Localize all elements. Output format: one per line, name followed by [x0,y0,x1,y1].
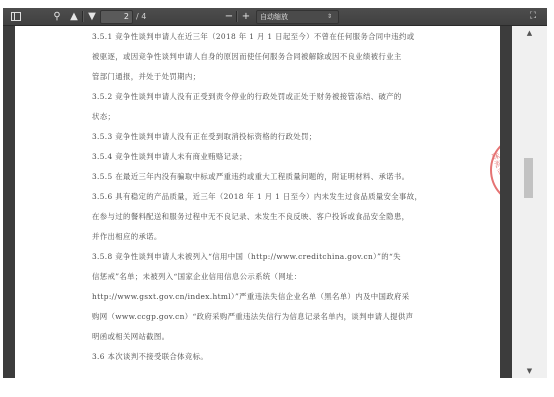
pdf-viewer: ⚲ ▲ ▼ 2 / 4 − + 自动缩放 ⇕ ⛶ 3.5.1 竞争性谈判申请人在… [3,8,547,378]
vertical-scrollbar[interactable]: ▲ ▼ [512,26,547,378]
document-line: 明函或相关网站截图。 [92,331,169,342]
document-line: 3.5.8 竞争性谈判申请人未被列入“信用中国（http://www.credi… [92,251,401,262]
scroll-down-arrow-icon[interactable]: ▼ [512,366,547,376]
arrow-up-icon: ▲ [70,11,78,22]
document-line: 3.5.5 在最近三年内没有骗取中标或严重违约或重大工程质量问题的，附证明材料、… [92,171,409,182]
document-line: 3.5.6 具有稳定的产品质量，近三年（2018 年 1 月 1 日至今）内未发… [92,191,422,202]
document-line: 在参与过的餐料配送和服务过程中无不良记录、未发生不良反映、客户投诉或食品安全隐患… [92,211,409,222]
stamp-text: 珠海市公司章 [490,151,500,199]
document-line: 3.5.2 竞争性谈判申请人没有正受到责令停业的行政处罚或正处于财务被接管冻结、… [92,91,402,102]
zoom-select[interactable]: 自动缩放 ⇕ [256,10,339,24]
zoom-level-value: 自动缩放 [260,13,288,21]
scroll-up-arrow-icon[interactable]: ▲ [512,28,547,38]
pdf-page: 3.5.1 竞争性谈判申请人在近三年（2018 年 1 月 1 日起至今）不曾在… [15,26,500,378]
document-line: 管部门通报，并处于处罚期内； [92,71,200,82]
document-container: 3.5.1 竞争性谈判申请人在近三年（2018 年 1 月 1 日起至今）不曾在… [3,26,512,378]
document-line: 购网（www.ccgp.gov.cn）“政府采购严重违法失信行为信息记录名单内，… [92,311,413,322]
scroll-thumb[interactable] [524,158,533,198]
fullscreen-icon: ⛶ [530,11,536,21]
search-button[interactable]: ⚲ [51,10,63,23]
minus-icon: − [225,11,233,22]
zoom-in-button[interactable]: + [241,10,251,23]
search-icon: ⚲ [53,11,60,22]
document-line: 信惩戒”名单；未被列入“国家企业信用信息公示系统（网址： [92,271,302,282]
document-line: 3.5.1 竞争性谈判申请人在近三年（2018 年 1 月 1 日起至今）不曾在… [92,31,415,42]
toolbar-separator [236,11,238,22]
document-line: 3.5.4 竞争性谈判申请人未有商业贿赂记录； [92,151,247,162]
sidebar-toggle-button[interactable] [11,10,21,23]
document-line: 并作出相应的承诺。 [92,231,162,242]
document-line: 状态； [92,111,115,122]
page-total: / 4 [136,10,146,23]
toolbar-separator [82,11,84,22]
zoom-out-button[interactable]: − [224,10,234,23]
plus-icon: + [242,11,250,22]
presentation-mode-button[interactable]: ⛶ [527,10,539,23]
document-line: 3.6 本次谈判不接受联合体竞标。 [92,351,208,362]
company-seal-stamp: 珠海市公司章 [490,137,500,203]
arrow-down-icon: ▼ [88,11,96,22]
document-line: 3.5.3 竞争性谈判申请人没有正在受到取消投标资格的行政处罚； [92,131,317,142]
dropdown-arrow-icon: ⇕ [327,11,332,23]
previous-page-button[interactable]: ▲ [69,10,79,23]
page-number-input[interactable]: 2 [100,10,133,24]
document-line: 被驱逐，或因竞争性谈判申请人自身的原因而使任何服务合同被解除或因不良业绩被行业主 [92,51,402,62]
next-page-button[interactable]: ▼ [87,10,97,23]
sidebar-toggle-icon [11,12,21,21]
toolbar: ⚲ ▲ ▼ 2 / 4 − + 自动缩放 ⇕ ⛶ [3,8,547,26]
document-line: http://www.gsxt.gov.cn/index.html）”严重违法失… [92,291,409,302]
